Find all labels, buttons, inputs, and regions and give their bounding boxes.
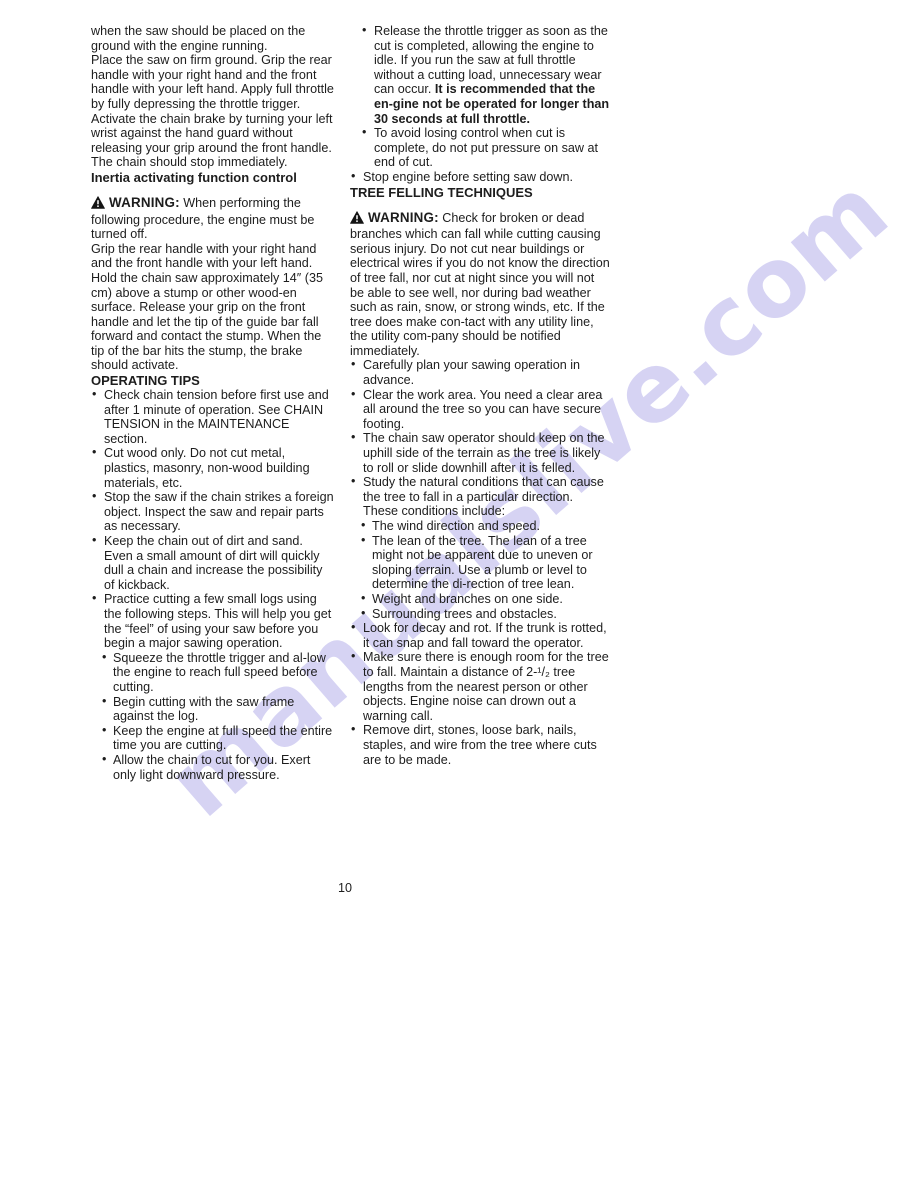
list-item-text: Keep the engine at full speed the entire…	[113, 724, 332, 753]
paragraph: when the saw should be placed on the gro…	[91, 24, 334, 53]
left-column: when the saw should be placed on the gro…	[91, 24, 334, 782]
list-item-text: Begin cutting with the saw frame against…	[113, 695, 294, 724]
bullet-list: •Release the throttle trigger as soon as…	[361, 24, 610, 170]
list-item: •The chain saw operator should keep on t…	[350, 431, 610, 475]
bullet-list: •Check chain tension before first use an…	[91, 388, 334, 782]
bullet-marker: •	[361, 533, 365, 548]
bullet-marker: •	[361, 518, 365, 533]
bullet-marker: •	[361, 591, 365, 606]
section-heading: OPERATING TIPS	[91, 373, 334, 388]
warning-label: WARNING:	[109, 195, 180, 210]
bullet-list: •Stop engine before setting saw down.	[350, 170, 610, 185]
list-item-text: To avoid losing control when cut is comp…	[374, 126, 598, 169]
bullet-marker: •	[351, 430, 355, 445]
list-item: •Weight and branches on one side.	[360, 592, 610, 607]
list-item-text: Stop the saw if the chain strikes a fore…	[104, 490, 334, 533]
page-number: 10	[338, 881, 352, 895]
bullet-marker: •	[351, 169, 355, 184]
bullet-marker: •	[361, 606, 365, 621]
bullet-marker: •	[102, 752, 106, 767]
list-item: •Carefully plan your sawing operation in…	[350, 358, 610, 387]
list-item: •The lean of the tree. The lean of a tre…	[360, 534, 610, 592]
list-item-text: Clear the work area. You need a clear ar…	[363, 388, 602, 431]
section-heading: Inertia activating function control	[91, 170, 334, 185]
list-item-text: Surrounding trees and obstacles.	[372, 607, 557, 621]
bullet-marker: •	[351, 722, 355, 737]
right-column: •Release the throttle trigger as soon as…	[350, 24, 610, 767]
list-item-text: Look for decay and rot. If the trunk is …	[363, 621, 607, 650]
list-item: •To avoid losing control when cut is com…	[361, 126, 610, 170]
list-item-text: Remove dirt, stones, loose bark, nails, …	[363, 723, 597, 766]
warning-triangle-icon	[350, 211, 364, 228]
bullet-marker: •	[351, 649, 355, 664]
bullet-marker: •	[92, 533, 96, 548]
list-item: •Stop the saw if the chain strikes a for…	[91, 490, 334, 534]
warning-note: WARNING: When performing the following p…	[91, 196, 334, 242]
warning-note: WARNING: Check for broken or dead branch…	[350, 211, 610, 359]
list-item-text: Carefully plan your sawing operation in …	[363, 358, 580, 387]
list-item: •Release the throttle trigger as soon as…	[361, 24, 610, 126]
bullet-marker: •	[102, 650, 106, 665]
bullet-list: •Squeeze the throttle trigger and al-low…	[101, 651, 334, 782]
warning-label: WARNING:	[368, 210, 439, 225]
list-item: •Begin cutting with the saw frame agains…	[101, 695, 334, 724]
list-item: •Surrounding trees and obstacles.	[360, 607, 610, 622]
section-heading: TREE FELLING TECHNIQUES	[350, 185, 610, 200]
list-item-text: Allow the chain to cut for you. Exert on…	[113, 753, 310, 782]
list-item: •Make sure there is enough room for the …	[350, 650, 610, 723]
bullet-marker: •	[92, 489, 96, 504]
list-item: •Check chain tension before first use an…	[91, 388, 334, 446]
list-item-text: Study the natural conditions that can ca…	[363, 475, 604, 518]
manual-page: manualslive.com when the saw should be p…	[0, 0, 918, 1188]
list-item: •Practice cutting a few small logs using…	[91, 592, 334, 782]
paragraph: Grip the rear handle with your right han…	[91, 242, 334, 373]
list-item-text: Practice cutting a few small logs using …	[104, 592, 331, 650]
list-item: •Clear the work area. You need a clear a…	[350, 388, 610, 432]
bullet-marker: •	[351, 387, 355, 402]
warning-triangle-icon	[91, 196, 105, 213]
list-item: •Study the natural conditions that can c…	[350, 475, 610, 621]
list-item-text: Weight and branches on one side.	[372, 592, 563, 606]
list-item-text: Squeeze the throttle trigger and al-low …	[113, 651, 326, 694]
list-item: •Allow the chain to cut for you. Exert o…	[101, 753, 334, 782]
bullet-marker: •	[351, 474, 355, 489]
paragraph: Place the saw on firm ground. Grip the r…	[91, 53, 334, 170]
list-item: •Look for decay and rot. If the trunk is…	[350, 621, 610, 650]
list-item: •Cut wood only. Do not cut metal, plasti…	[91, 446, 334, 490]
bullet-marker: •	[351, 357, 355, 372]
list-item-text: Cut wood only. Do not cut metal, plastic…	[104, 446, 310, 489]
bullet-marker: •	[92, 591, 96, 606]
bullet-marker: •	[92, 387, 96, 402]
bullet-list: •The wind direction and speed.•The lean …	[360, 519, 610, 621]
bullet-marker: •	[362, 23, 366, 38]
bullet-list: •Carefully plan your sawing operation in…	[350, 358, 610, 767]
bullet-marker: •	[102, 694, 106, 709]
list-item: •Stop engine before setting saw down.	[350, 170, 610, 185]
warning-text: Check for broken or dead branches which …	[350, 211, 610, 358]
list-item: •Remove dirt, stones, loose bark, nails,…	[350, 723, 610, 767]
list-item-text: The lean of the tree. The lean of a tree…	[372, 534, 593, 592]
bullet-marker: •	[362, 125, 366, 140]
list-item-text: Keep the chain out of dirt and sand. Eve…	[104, 534, 322, 592]
bullet-marker: •	[102, 723, 106, 738]
list-item-text: Make sure there is enough room for the t…	[363, 650, 609, 722]
list-item: •Keep the engine at full speed the entir…	[101, 724, 334, 753]
bullet-marker: •	[351, 620, 355, 635]
list-item-text: Stop engine before setting saw down.	[363, 170, 573, 184]
bullet-marker: •	[92, 445, 96, 460]
list-item-text: Check chain tension before first use and…	[104, 388, 329, 446]
list-item: •Keep the chain out of dirt and sand. Ev…	[91, 534, 334, 592]
list-item-text: The chain saw operator should keep on th…	[363, 431, 605, 474]
list-item-text: The wind direction and speed.	[372, 519, 540, 533]
list-item: •Squeeze the throttle trigger and al-low…	[101, 651, 334, 695]
list-item: •The wind direction and speed.	[360, 519, 610, 534]
